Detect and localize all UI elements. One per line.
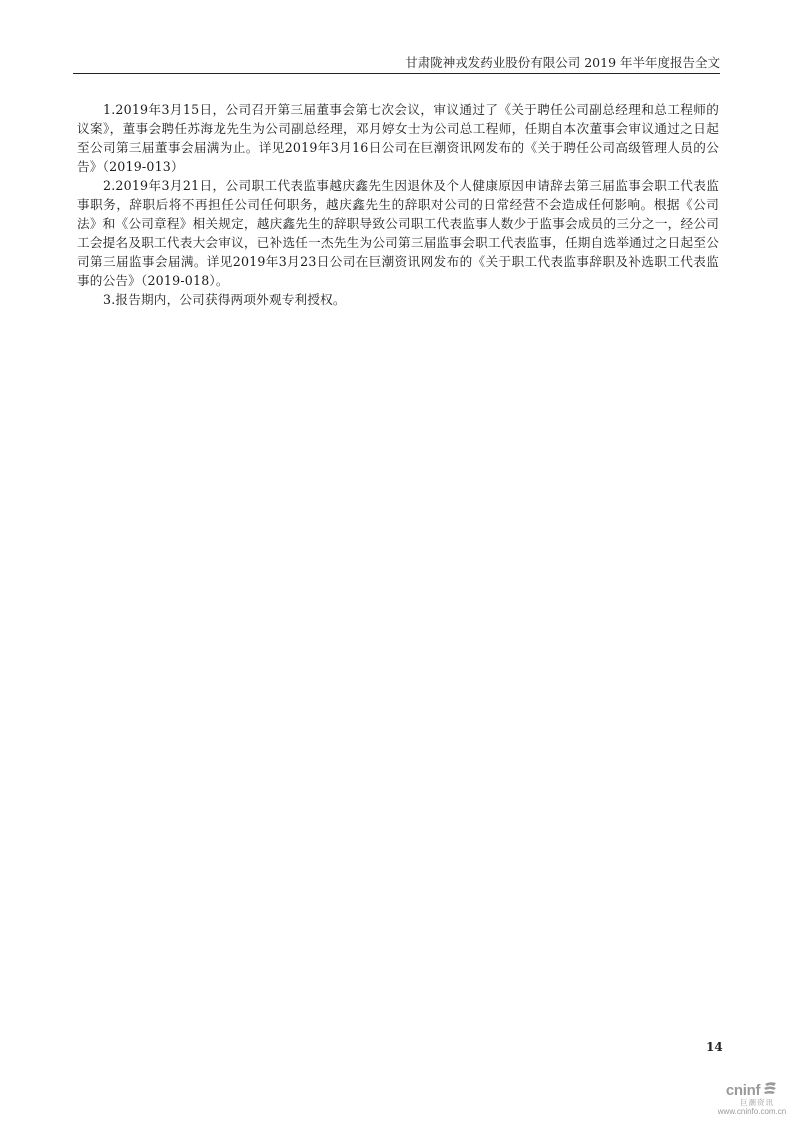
- document-title: 甘肃陇神戎发药业股份有限公司 2019 年半年度报告全文: [405, 55, 720, 70]
- watermark-brand: cninf: [726, 1083, 760, 1098]
- paragraph-board-appointment: 1.2019年3月15日，公司召开第三届董事会第七次会议，审议通过了《关于聘任公…: [77, 100, 719, 176]
- document-body: 1.2019年3月15日，公司召开第三届董事会第七次会议，审议通过了《关于聘任公…: [77, 100, 719, 309]
- watermark-url: www.cninfo.com.cn: [712, 1107, 792, 1117]
- watermark-brand-cn: 巨潮资讯: [722, 1098, 792, 1107]
- page-number: 14: [706, 1040, 723, 1054]
- watermark-logo-row: cninf: [712, 1082, 792, 1098]
- paragraph-patents: 3.报告期内，公司获得两项外观专利授权。: [77, 290, 719, 309]
- cninfo-watermark: cninf 巨潮资讯 www.cninfo.com.cn: [712, 1082, 792, 1117]
- paragraph-supervisor-resignation: 2.2019年3月21日，公司职工代表监事越庆鑫先生因退休及个人健康原因申请辞去…: [77, 176, 719, 290]
- cninfo-logo-icon: [762, 1081, 778, 1100]
- page-header: 甘肃陇神戎发药业股份有限公司 2019 年半年度报告全文: [73, 54, 720, 74]
